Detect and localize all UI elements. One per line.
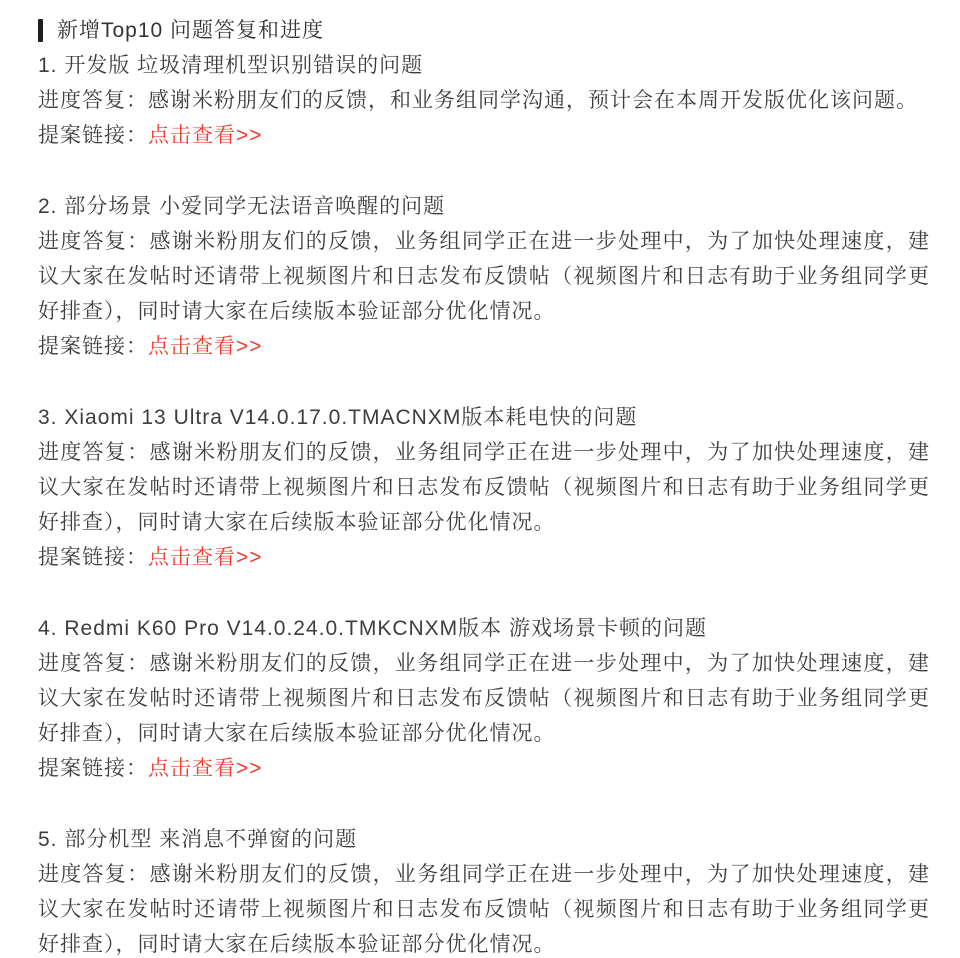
page-title: 新增Top10 问题答复和进度 xyxy=(57,13,324,48)
proposal-link-row: 提案链接：点击查看>> xyxy=(38,751,930,786)
issue-item-2: 2. 部分场景 小爱同学无法语音唤醒的问题 进度答复：感谢米粉朋友们的反馈，业务… xyxy=(38,189,930,364)
issue-answer-text: 感谢米粉朋友们的反馈，业务组同学正在进一步处理中，为了加快处理速度，建议大家在发… xyxy=(38,863,930,956)
proposal-label: 提案链接： xyxy=(38,757,148,780)
proposal-link-row: 提案链接：点击查看>> xyxy=(38,540,930,575)
issue-answer-text: 感谢米粉朋友们的反馈，业务组同学正在进一步处理中，为了加快处理速度，建议大家在发… xyxy=(38,652,930,745)
issue-answer: 进度答复：感谢米粉朋友们的反馈，和业务组同学沟通，预计会在本周开发版优化该问题。 xyxy=(38,83,930,118)
issue-title: 4. Redmi K60 Pro V14.0.24.0.TMKCNXM版本 游戏… xyxy=(38,611,930,646)
issue-title: 2. 部分场景 小爱同学无法语音唤醒的问题 xyxy=(38,189,930,224)
progress-label: 进度答复： xyxy=(38,652,150,675)
issue-answer-text: 感谢米粉朋友们的反馈，和业务组同学沟通，预计会在本周开发版优化该问题。 xyxy=(148,89,918,112)
progress-label: 进度答复： xyxy=(38,230,150,253)
issue-answer-text: 感谢米粉朋友们的反馈，业务组同学正在进一步处理中，为了加快处理速度，建议大家在发… xyxy=(38,230,930,323)
issue-answer-text: 感谢米粉朋友们的反馈，业务组同学正在进一步处理中，为了加快处理速度，建议大家在发… xyxy=(38,441,930,534)
proposal-label: 提案链接： xyxy=(38,546,148,569)
progress-label: 进度答复： xyxy=(38,89,148,112)
view-proposal-link[interactable]: 点击查看>> xyxy=(148,335,263,358)
header-accent-bar-icon xyxy=(38,19,43,42)
proposal-link-row: 提案链接：点击查看>> xyxy=(38,329,930,364)
proposal-link-row: 提案链接：点击查看>> xyxy=(38,118,930,153)
issue-item-3: 3. Xiaomi 13 Ultra V14.0.17.0.TMACNXM版本耗… xyxy=(38,400,930,575)
issue-answer: 进度答复：感谢米粉朋友们的反馈，业务组同学正在进一步处理中，为了加快处理速度，建… xyxy=(38,224,930,329)
progress-label: 进度答复： xyxy=(38,863,150,886)
issue-item-5: 5. 部分机型 来消息不弹窗的问题 进度答复：感谢米粉朋友们的反馈，业务组同学正… xyxy=(38,822,930,958)
view-proposal-link[interactable]: 点击查看>> xyxy=(148,546,263,569)
issue-item-4: 4. Redmi K60 Pro V14.0.24.0.TMKCNXM版本 游戏… xyxy=(38,611,930,786)
proposal-label: 提案链接： xyxy=(38,335,148,358)
issue-title: 3. Xiaomi 13 Ultra V14.0.17.0.TMACNXM版本耗… xyxy=(38,400,930,435)
issue-answer: 进度答复：感谢米粉朋友们的反馈，业务组同学正在进一步处理中，为了加快处理速度，建… xyxy=(38,646,930,751)
issue-answer: 进度答复：感谢米粉朋友们的反馈，业务组同学正在进一步处理中，为了加快处理速度，建… xyxy=(38,435,930,540)
issue-title: 1. 开发版 垃圾清理机型识别错误的问题 xyxy=(38,48,930,83)
document-header: 新增Top10 问题答复和进度 xyxy=(38,13,930,48)
issue-item-1: 1. 开发版 垃圾清理机型识别错误的问题 进度答复：感谢米粉朋友们的反馈，和业务… xyxy=(38,48,930,153)
view-proposal-link[interactable]: 点击查看>> xyxy=(148,757,263,780)
issue-answer: 进度答复：感谢米粉朋友们的反馈，业务组同学正在进一步处理中，为了加快处理速度，建… xyxy=(38,857,930,958)
top10-answers-document: 新增Top10 问题答复和进度 1. 开发版 垃圾清理机型识别错误的问题 进度答… xyxy=(0,0,960,958)
progress-label: 进度答复： xyxy=(38,441,150,464)
issue-title: 5. 部分机型 来消息不弹窗的问题 xyxy=(38,822,930,857)
view-proposal-link[interactable]: 点击查看>> xyxy=(148,124,263,147)
proposal-label: 提案链接： xyxy=(38,124,148,147)
